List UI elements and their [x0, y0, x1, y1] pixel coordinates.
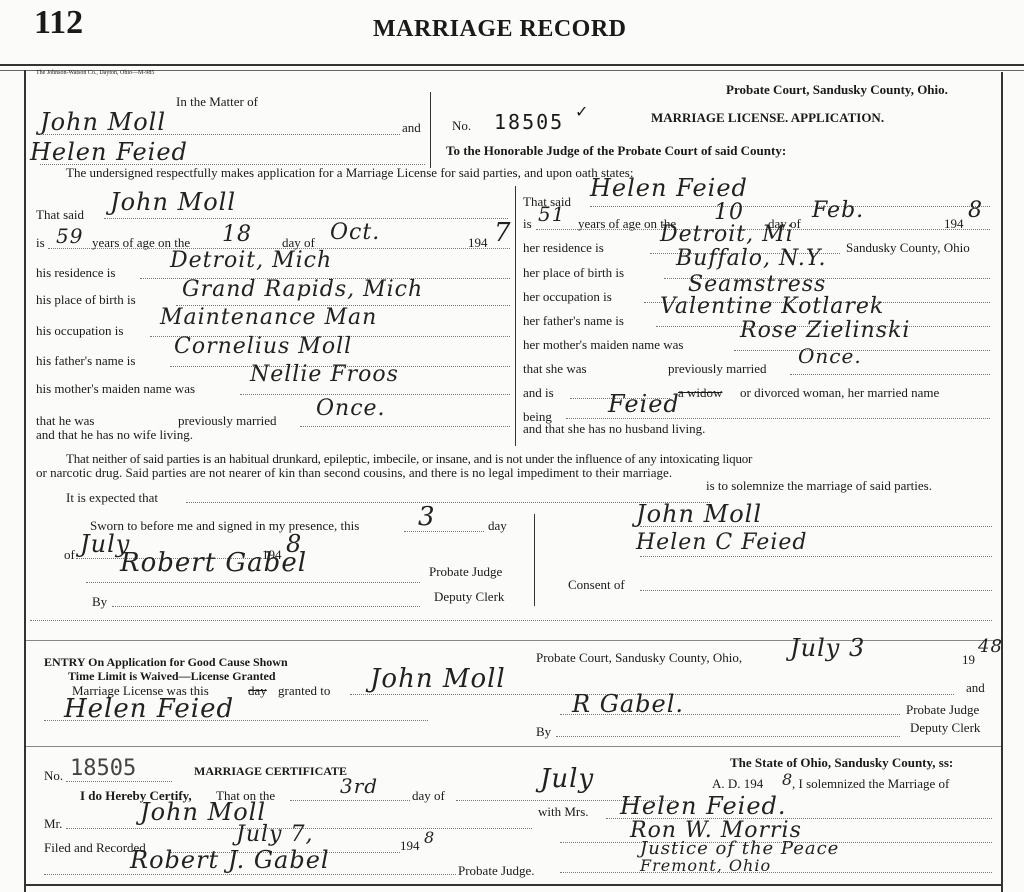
bride-name: Helen Feied — [590, 174, 748, 202]
entry-deputy-clerk-label: Deputy Clerk — [910, 720, 980, 736]
bride-mother: Rose Zielinski — [740, 318, 910, 343]
preamble: The undersigned respectfully makes appli… — [66, 165, 633, 181]
matter-bride-name: Helen Feied — [30, 138, 188, 166]
page-number: 112 — [34, 4, 83, 42]
cert-day-of-label: day of — [412, 788, 445, 804]
groom-is-label: is — [36, 235, 45, 251]
bottom-border — [26, 884, 1001, 886]
cert-title: MARRIAGE CERTIFICATE — [194, 764, 347, 779]
groom-occupation-label: his occupation is — [36, 323, 123, 339]
consent-label: Consent of — [568, 577, 625, 593]
court-header: Probate Court, Sandusky County, Ohio. — [726, 82, 948, 98]
printer-imprint: The Johnson-Watson Co., Dayton, Ohio—M-9… — [36, 70, 154, 76]
sworn-by-label: By — [92, 594, 107, 610]
check-icon: ✓ — [575, 102, 588, 121]
officiant-line-2 — [560, 872, 992, 873]
entry-year-prefix: 19 — [962, 652, 975, 668]
bride-father-label: her father's name is — [523, 313, 624, 329]
sworn-bottom-line — [30, 620, 992, 621]
cert-day-line — [290, 800, 410, 801]
groom-mother-line — [240, 394, 510, 395]
cert-bride: Helen Feied. — [620, 792, 787, 820]
and-label: and — [402, 120, 421, 136]
bride-birthplace-label: her place of birth is — [523, 265, 624, 281]
bride-struck-widow: a widow — [678, 385, 722, 401]
groom-father: Cornelius Moll — [174, 334, 352, 359]
cert-ad-label: A. D. 194 — [712, 776, 763, 792]
cert-filed-year-prefix: 194 — [400, 838, 420, 854]
cert-number-line — [66, 781, 172, 782]
cert-solemnized-label: , I solemnized the Marriage of — [792, 776, 949, 792]
applicant-signature-groom: John Moll — [636, 500, 762, 528]
cert-state-header: The State of Ohio, Sandusky County, ss: — [730, 755, 953, 771]
groom-mother-label: his mother's maiden name was — [36, 381, 195, 397]
bride-prev-married: Once. — [798, 344, 862, 368]
applicant-signature-line-1 — [640, 526, 992, 527]
entry-probate-judge-label: Probate Judge — [906, 702, 979, 718]
groom-prev-line — [300, 426, 510, 427]
groom-that-said-label: That said — [36, 207, 84, 223]
bride-name-line — [590, 206, 990, 207]
groom-year-suffix: 7 — [494, 218, 512, 248]
groom-birth-day: 18 — [222, 222, 252, 247]
sworn-judge-signature: Robert Gabel — [120, 548, 307, 578]
sworn-day-label: day — [488, 518, 507, 534]
bride-residence-label: her residence is — [523, 240, 604, 256]
entry-groom: John Moll — [370, 664, 506, 694]
cert-judge-line — [44, 874, 456, 875]
sworn-probate-judge-label: Probate Judge — [429, 564, 502, 580]
bride-mother-line — [734, 350, 990, 351]
bride-residence-suffix: Sandusky County, Ohio — [846, 240, 970, 256]
cert-probate-judge-label: Probate Judge. — [458, 863, 535, 879]
bride-married-name: Feied — [608, 390, 680, 418]
matter-groom-name: John Moll — [40, 108, 166, 136]
top-border — [0, 64, 1024, 66]
cert-mr-label: Mr. — [44, 816, 62, 832]
bride-prev-line — [790, 374, 990, 375]
groom-name: John Moll — [110, 188, 236, 216]
entry-and-label: and — [966, 680, 985, 696]
right-border — [1001, 72, 1003, 892]
entry-by-line — [556, 736, 900, 737]
license-number: 18505 — [494, 110, 564, 134]
bride-mother-label: her mother's maiden name was — [523, 337, 683, 353]
groom-residence-label: his residence is — [36, 265, 115, 281]
bride-occupation-label: her occupation is — [523, 289, 612, 305]
groom-father-label: his father's name is — [36, 353, 135, 369]
left-border — [24, 70, 26, 892]
entry-heading-1: ENTRY On Application for Good Cause Show… — [44, 655, 288, 670]
groom-birth-month: Oct. — [330, 220, 380, 245]
groom-name-line — [104, 218, 508, 219]
entry-by-label: By — [536, 724, 551, 740]
entry-judge-line — [560, 714, 900, 715]
bride-married-name-line — [566, 418, 990, 419]
groom-occupation: Maintenance Man — [160, 305, 377, 330]
entry-year-suffix: 48 — [978, 636, 1003, 657]
cert-filed-year-suffix: 8 — [424, 828, 435, 847]
groom-residence: Detroit, Mich — [170, 248, 332, 273]
bride-age: 51 — [538, 202, 565, 226]
cert-month: July — [540, 764, 594, 794]
sworn-brace — [534, 514, 535, 606]
sworn-deputy-clerk-label: Deputy Clerk — [434, 589, 504, 605]
cert-no-label: No. — [44, 768, 63, 784]
consent-line — [640, 590, 992, 591]
cert-judge-signature: Robert J. Gabel — [130, 846, 330, 874]
license-no-label: No. — [452, 118, 471, 134]
column-divider — [515, 186, 516, 446]
sworn-label: Sworn to before me and signed in my pres… — [90, 518, 359, 534]
sworn-day-line — [404, 531, 484, 532]
bride-widow-label: or divorced woman, her married name — [740, 385, 939, 401]
sworn-of-label: of — [64, 547, 75, 563]
groom-birthplace: Grand Rapids, Mich — [182, 277, 423, 302]
matter-brace — [430, 92, 431, 168]
address-line: To the Honorable Judge of the Probate Co… — [446, 143, 786, 159]
declaration-line-2: or narcotic drug. Said parties are not n… — [36, 465, 672, 481]
entry-granted-struck: day — [248, 683, 267, 699]
entry-court-label: Probate Court, Sandusky County, Ohio, — [536, 650, 742, 666]
applicant-signature-line-2 — [640, 556, 992, 557]
entry-heading-2: Time Limit is Waived—License Granted — [68, 669, 276, 684]
bride-and-is-label: and is — [523, 385, 554, 401]
bride-is-label: is — [523, 216, 532, 232]
cert-with-label: with Mrs. — [538, 804, 589, 820]
bride-no-husband: and that she has no husband living. — [523, 421, 705, 437]
groom-mother: Nellie Froos — [250, 362, 399, 387]
sworn-judge-line — [86, 582, 420, 583]
cert-number: 18505 — [70, 756, 136, 781]
entry-date: July 3 — [790, 634, 865, 662]
page-title: MARRIAGE RECORD — [373, 16, 627, 43]
bride-father: Valentine Kotlarek — [660, 294, 884, 319]
groom-age: 59 — [56, 224, 83, 248]
section-divider-2 — [26, 746, 1001, 747]
groom-birthplace-label: his place of birth is — [36, 292, 136, 308]
cert-day: 3rd — [340, 774, 378, 798]
applicant-signature-bride: Helen C Feied — [636, 530, 807, 555]
sworn-day: 3 — [418, 502, 436, 532]
bride-residence: Detroit, Mi — [660, 222, 794, 247]
bride-prev-label-b: previously married — [668, 361, 767, 377]
bride-birthplace: Buffalo, N.Y. — [676, 246, 827, 271]
expected-label: It is expected that — [66, 490, 158, 506]
bride-birth-month: Feb. — [812, 198, 864, 223]
in-the-matter-of-label: In the Matter of — [176, 94, 258, 110]
bride-prev-label-a: that she was — [523, 361, 587, 377]
entry-bride-line — [44, 720, 428, 721]
cert-filed-date: July 7, — [236, 822, 313, 847]
form-title: MARRIAGE LICENSE. APPLICATION. — [651, 110, 884, 126]
solemnize-label: is to solemnize the marriage of said par… — [706, 478, 932, 494]
sworn-by-line — [112, 606, 420, 607]
matter-groom-line — [40, 134, 400, 135]
officiant-expected-line — [186, 502, 710, 503]
groom-no-wife: and that he has no wife living. — [36, 427, 193, 443]
entry-granted-label-b: granted to — [278, 683, 330, 699]
groom-prev-married: Once. — [316, 396, 386, 421]
bride-year-suffix: 8 — [968, 198, 983, 223]
